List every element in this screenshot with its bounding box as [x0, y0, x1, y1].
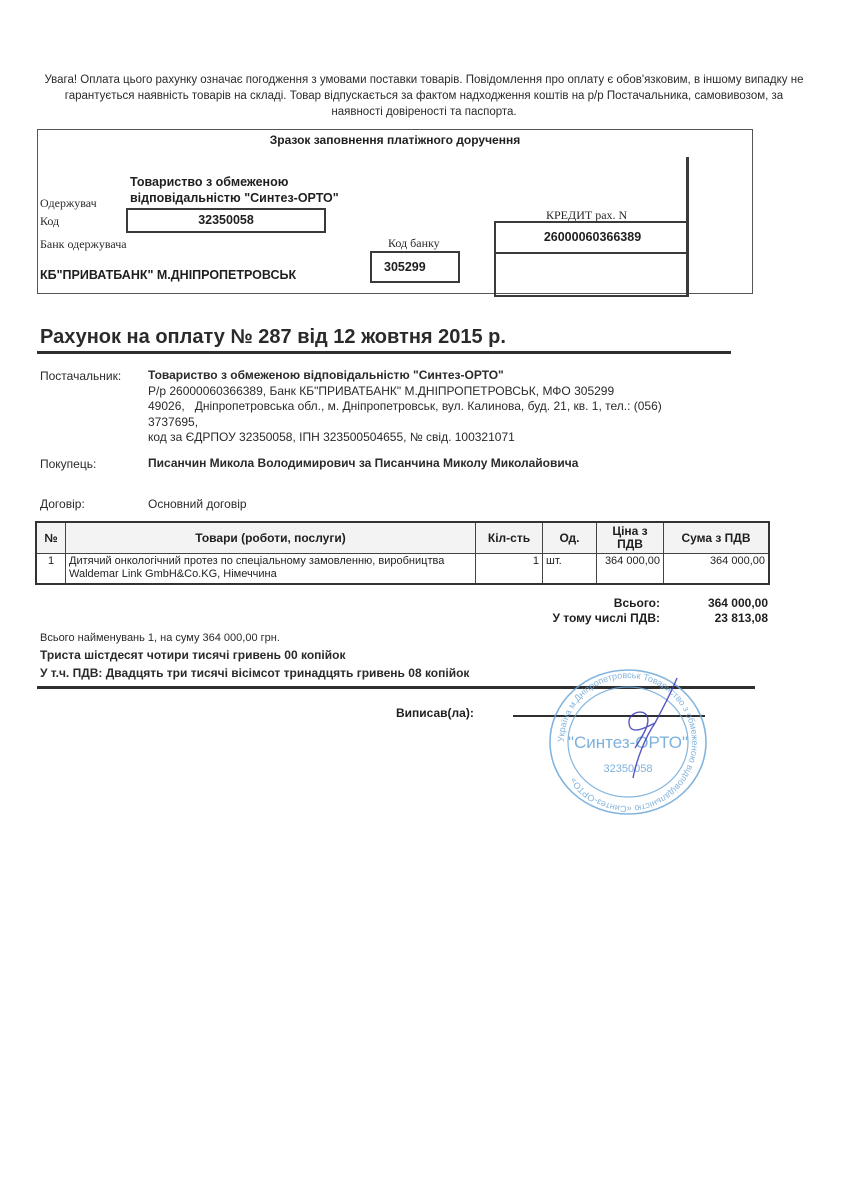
payment-sample-title: Зразок заповнення платіжного доручення [37, 133, 753, 147]
supplier-codes: код за ЄДРПОУ 32350058, ІПН 323500504655… [148, 430, 768, 446]
stamp-center-text: "Синтез-ОРТО" [568, 733, 688, 752]
total-label: Всього: [500, 596, 660, 610]
company-stamp-icon: Україна м.Дніпропетровськ Товариство з о… [545, 668, 711, 816]
col-header-unit: Од. [543, 522, 597, 554]
code-label: Код [40, 214, 59, 229]
col-header-goods: Товари (роботи, послуги) [66, 522, 476, 554]
title-underline [37, 351, 731, 354]
code-box: 32350058 [126, 208, 326, 233]
code-value: 32350058 [128, 210, 324, 231]
stamp-code-text: 32350058 [604, 763, 653, 775]
table-row: 1 Дитячий онкологічний протез по спеціал… [36, 554, 769, 585]
vat-value: 23 813,08 [668, 611, 768, 625]
supplier-account: Р/р 26000060366389, Банк КБ"ПРИВАТБАНК" … [148, 384, 768, 400]
invoice-title: Рахунок на оплату № 287 від 12 жовтня 20… [40, 326, 506, 349]
row-item-line1: Дитячий онкологічний протез по спеціальн… [69, 555, 472, 568]
row-price: 364 000,00 [597, 554, 664, 585]
bank-name: КБ"ПРИВАТБАНК" М.ДНІПРОПЕТРОВСЬК [40, 268, 296, 282]
table-header-row: № Товари (роботи, послуги) Кіл-сть Од. Ц… [36, 522, 769, 554]
bank-label: Банк одержувача [40, 237, 127, 252]
row-item: Дитячий онкологічний протез по спеціальн… [66, 554, 476, 585]
row-unit: шт. [543, 554, 597, 585]
col-header-price: Ціна з ПДВ [597, 522, 664, 554]
buyer-label: Покупець: [40, 457, 96, 471]
signature-scribble [629, 678, 677, 778]
bank-code-value: 305299 [372, 253, 458, 281]
total-in-words: Триста шістдесят чотири тисячі гривень 0… [40, 648, 345, 662]
payment-notice: Увага! Оплата цього рахунку означає пого… [40, 72, 808, 120]
contract-label: Договір: [40, 497, 85, 511]
col-header-no: № [36, 522, 66, 554]
signature-label: Виписав(ла): [396, 706, 474, 720]
row-qty: 1 [476, 554, 543, 585]
vat-label: У тому числі ПДВ: [500, 611, 660, 625]
recipient-label: Одержувач [40, 196, 97, 211]
credit-row-divider [496, 252, 689, 254]
total-value: 364 000,00 [668, 596, 768, 610]
supplier-name: Товариство з обмеженою відповідальністю … [148, 368, 768, 384]
recipient-name-line1: Товариство з обмеженою [130, 175, 288, 189]
row-no: 1 [36, 554, 66, 585]
col-header-sum: Сума з ПДВ [664, 522, 770, 554]
credit-account-box: 26000060366389 [494, 221, 689, 297]
supplier-address-1: 49026, Дніпропетровська обл., м. Дніпроп… [148, 399, 768, 415]
supplier-details: Товариство з обмеженою відповідальністю … [148, 368, 768, 446]
row-item-line2: Waldemar Link GmbH&Co.KG, Німеччина [69, 568, 472, 581]
vat-in-words: У т.ч. ПДВ: Двадцять три тисячі вісімсот… [40, 666, 469, 680]
recipient-name-line2: відповідальністю "Синтез-ОРТО" [130, 191, 339, 205]
buyer-name: Писанчин Микола Володимирович за Писанчи… [148, 456, 578, 472]
credit-account-value: 26000060366389 [496, 223, 689, 251]
bank-code-label: Код банку [388, 236, 440, 251]
items-count-summary: Всього найменувань 1, на суму 364 000,00… [40, 632, 280, 644]
supplier-label: Постачальник: [40, 369, 121, 383]
col-header-qty: Кіл-сть [476, 522, 543, 554]
bank-code-box: 305299 [370, 251, 460, 283]
items-table: № Товари (роботи, послуги) Кіл-сть Од. Ц… [35, 521, 770, 585]
row-sum: 364 000,00 [664, 554, 770, 585]
supplier-address-2: 3737695, [148, 415, 768, 431]
contract-value: Основний договір [148, 497, 247, 513]
